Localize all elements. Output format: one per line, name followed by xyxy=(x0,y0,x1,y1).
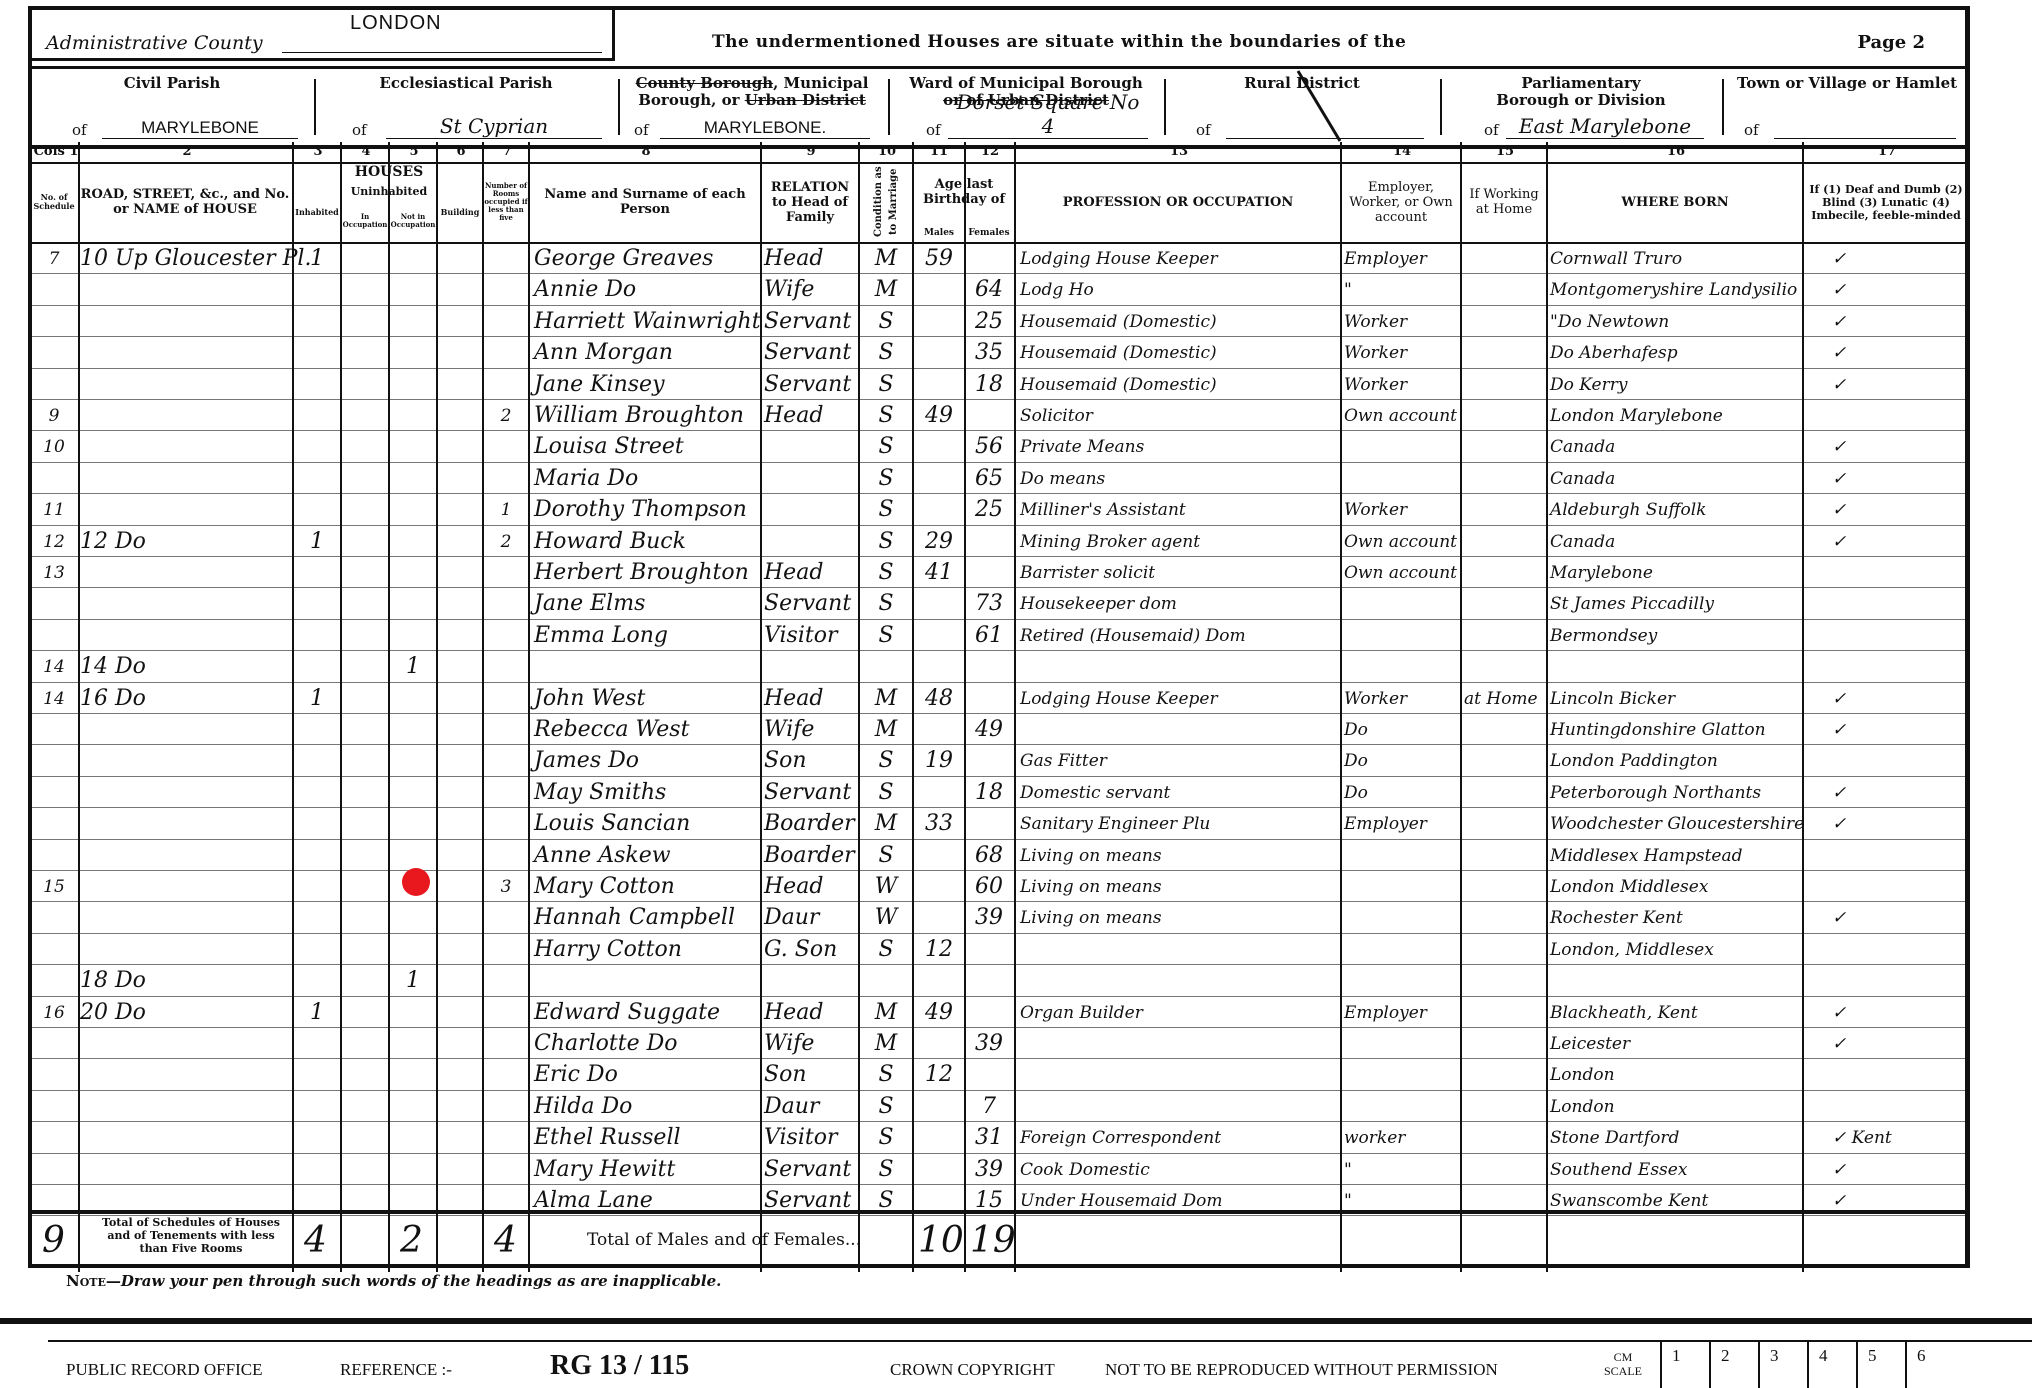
cell-inhabited xyxy=(294,305,340,336)
cell-building xyxy=(438,996,482,1027)
cell-schedule: 9 xyxy=(32,399,76,430)
cell-born: "Do Newtown xyxy=(1550,305,1802,336)
column-numbers: Cols 1234567891011121314151617 xyxy=(32,142,1965,164)
cell-uninh-in xyxy=(342,933,388,964)
cell-occupation: Living on means xyxy=(1020,901,1340,932)
cell-born: Aldeburgh Suffolk xyxy=(1550,493,1802,524)
cell-relation: Daur xyxy=(764,901,858,932)
total-uninhabited: 2 xyxy=(400,1220,423,1261)
cell-building xyxy=(438,807,482,838)
cell-road xyxy=(80,305,292,336)
cell-uninh-not xyxy=(390,1121,436,1152)
cell-col17: ✓ xyxy=(1832,305,1962,336)
cell-col17: ✓ xyxy=(1832,807,1962,838)
cell-uninh-not xyxy=(390,462,436,493)
cell-male-age xyxy=(914,870,964,901)
cell-col17: ✓ xyxy=(1832,901,1962,932)
cell-male-age xyxy=(914,839,964,870)
cell-condition: S xyxy=(860,1058,912,1089)
cell-born: Southend Essex xyxy=(1550,1153,1802,1184)
cell-male-age xyxy=(914,587,964,618)
cell-uninh-in xyxy=(342,368,388,399)
cell-condition: M xyxy=(860,996,912,1027)
cell-female-age: 60 xyxy=(964,870,1014,901)
cell-inhabited xyxy=(294,901,340,932)
cell-uninh-not xyxy=(390,242,436,273)
cell-uninh-not xyxy=(390,996,436,1027)
ward-field: Ward of Municipal Boroughor of Urban Dis… xyxy=(890,69,1162,145)
cell-occupation: Solicitor xyxy=(1020,399,1340,430)
cell-name: Hilda Do xyxy=(534,1090,760,1121)
table-row: Annie DoWifeM64Lodg Ho"Montgomeryshire L… xyxy=(32,273,1965,305)
cell-col17: ✓ xyxy=(1832,1153,1962,1184)
cell-schedule xyxy=(32,1058,76,1089)
cell-condition: M xyxy=(860,273,912,304)
column-number: 16 xyxy=(1548,144,1804,159)
red-dot-marker xyxy=(402,868,430,896)
cell-uninh-in xyxy=(342,587,388,618)
note-prefix: Note xyxy=(66,1272,106,1290)
heading-relation: RELATION to Head of Family xyxy=(762,162,858,242)
cell-rooms xyxy=(484,807,528,838)
cell-road: 10 Up Gloucester Pl. xyxy=(80,242,292,273)
cell-rooms xyxy=(484,964,528,995)
cell-female-age: 31 xyxy=(964,1121,1014,1152)
column-number: 6 xyxy=(438,144,484,159)
cell-schedule xyxy=(32,336,76,367)
cell-at-home xyxy=(1464,305,1546,336)
cell-relation: Head xyxy=(764,399,858,430)
cell-employer xyxy=(1344,870,1460,901)
cell-inhabited xyxy=(294,336,340,367)
cell-employer: Worker xyxy=(1344,368,1460,399)
cell-schedule xyxy=(32,273,76,304)
cell-male-age: 33 xyxy=(914,807,964,838)
cell-male-age xyxy=(914,1090,964,1121)
cell-inhabited xyxy=(294,556,340,587)
cell-female-age xyxy=(964,996,1014,1027)
cell-uninh-not xyxy=(390,619,436,650)
cell-condition: M xyxy=(860,1027,912,1058)
cell-at-home xyxy=(1464,1121,1546,1152)
cell-uninh-in xyxy=(342,242,388,273)
cell-female-age: 25 xyxy=(964,305,1014,336)
cell-inhabited xyxy=(294,933,340,964)
cell-employer: " xyxy=(1344,273,1460,304)
cell-uninh-not xyxy=(390,933,436,964)
cell-relation: Wife xyxy=(764,713,858,744)
cell-female-age: 18 xyxy=(964,776,1014,807)
cell-condition: S xyxy=(860,619,912,650)
heading-males: Males xyxy=(914,224,964,242)
admin-county-box: Administrative County LONDON xyxy=(32,10,615,61)
cell-employer xyxy=(1344,839,1460,870)
cell-employer: Worker xyxy=(1344,305,1460,336)
cell-uninh-not xyxy=(390,399,436,430)
cell-born: Lincoln Bicker xyxy=(1550,682,1802,713)
cell-inhabited xyxy=(294,399,340,430)
cell-employer: Employer xyxy=(1344,996,1460,1027)
cell-schedule: 14 xyxy=(32,650,76,681)
cell-uninh-in xyxy=(342,1090,388,1121)
of-label: of xyxy=(352,121,367,139)
cell-road xyxy=(80,273,292,304)
table-row: Mary HewittServantS39Cook Domestic"South… xyxy=(32,1153,1965,1185)
cell-rooms xyxy=(484,462,528,493)
cell-col17 xyxy=(1832,1090,1962,1121)
of-label: of xyxy=(72,121,87,139)
table-row: 153Mary CottonHeadW60Living on meansLond… xyxy=(32,870,1965,902)
cell-at-home xyxy=(1464,1027,1546,1058)
cell-uninh-in xyxy=(342,996,388,1027)
field-value: East Marylebone xyxy=(1506,114,1704,139)
cell-male-age: 12 xyxy=(914,933,964,964)
cell-rooms xyxy=(484,933,528,964)
cell-at-home xyxy=(1464,807,1546,838)
cell-building xyxy=(438,1153,482,1184)
column-rule xyxy=(760,142,762,1272)
heading-rooms: Number of Rooms occupied if less than fi… xyxy=(484,162,528,242)
cell-female-age xyxy=(964,933,1014,964)
field-value xyxy=(1774,138,1956,139)
cell-condition: S xyxy=(860,1090,912,1121)
cell-occupation: Housemaid (Domestic) xyxy=(1020,305,1340,336)
cell-uninh-in xyxy=(342,713,388,744)
cell-at-home xyxy=(1464,870,1546,901)
cell-relation: Servant xyxy=(764,1153,858,1184)
cell-born: Montgomeryshire Landysilio xyxy=(1550,273,1802,304)
cell-occupation: Lodg Ho xyxy=(1020,273,1340,304)
cell-occupation: Living on means xyxy=(1020,839,1340,870)
table-row: James DoSonS19Gas FitterDoLondon Padding… xyxy=(32,744,1965,776)
cell-employer xyxy=(1344,933,1460,964)
reference-label: REFERENCE :- xyxy=(340,1360,452,1380)
table-row: Ann MorganServantS35Housemaid (Domestic)… xyxy=(32,336,1965,368)
boundaries-banner: The undermentioned Houses are situate wi… xyxy=(712,32,1406,52)
cell-uninh-in xyxy=(342,839,388,870)
column-rule xyxy=(1460,142,1462,1272)
cell-inhabited xyxy=(294,1090,340,1121)
table-row: Hannah CampbellDaurW39Living on meansRoc… xyxy=(32,901,1965,933)
cell-building xyxy=(438,368,482,399)
cell-relation: Daur xyxy=(764,1090,858,1121)
cell-uninh-in xyxy=(342,682,388,713)
cell-female-age: 61 xyxy=(964,619,1014,650)
cell-road xyxy=(80,399,292,430)
cell-employer xyxy=(1344,1090,1460,1121)
field-value: MARYLEBONE. xyxy=(660,118,870,139)
cell-female-age: 35 xyxy=(964,336,1014,367)
column-headings: No. of Schedule ROAD, STREET, &c., and N… xyxy=(32,162,1965,244)
cell-road: 18 Do xyxy=(80,964,292,995)
cell-col17: ✓ xyxy=(1832,525,1962,556)
cell-rooms xyxy=(484,336,528,367)
cell-employer xyxy=(1344,964,1460,995)
admin-county-value: LONDON xyxy=(350,12,442,35)
cell-schedule xyxy=(32,305,76,336)
cell-name xyxy=(534,964,760,995)
cell-rooms xyxy=(484,556,528,587)
cell-road: 14 Do xyxy=(80,650,292,681)
cell-occupation: Living on means xyxy=(1020,870,1340,901)
cell-born: London Middlesex xyxy=(1550,870,1802,901)
cell-born: Woodchester Gloucestershire xyxy=(1550,807,1802,838)
cell-uninh-in xyxy=(342,1153,388,1184)
cell-at-home xyxy=(1464,242,1546,273)
cell-condition: S xyxy=(860,336,912,367)
cell-uninh-not xyxy=(390,273,436,304)
cell-building xyxy=(438,587,482,618)
cell-name: William Broughton xyxy=(534,399,760,430)
cell-female-age: 73 xyxy=(964,587,1014,618)
cell-uninh-not xyxy=(390,368,436,399)
cell-col17: ✓ xyxy=(1832,336,1962,367)
cell-at-home xyxy=(1464,556,1546,587)
cell-relation xyxy=(764,493,858,524)
field-value: MARYLEBONE xyxy=(102,118,298,139)
cell-rooms xyxy=(484,619,528,650)
cell-born: Stone Dartford xyxy=(1550,1121,1802,1152)
cell-building xyxy=(438,493,482,524)
cell-male-age: 41 xyxy=(914,556,964,587)
column-number: 8 xyxy=(530,144,762,159)
cell-schedule xyxy=(32,619,76,650)
cell-uninh-in xyxy=(342,776,388,807)
cell-road: 12 Do xyxy=(80,525,292,556)
column-rule xyxy=(964,142,966,1272)
cell-inhabited xyxy=(294,713,340,744)
heading-infirmity: If (1) Deaf and Dumb (2) Blind (3) Lunat… xyxy=(1804,162,1968,242)
cell-building xyxy=(438,1027,482,1058)
column-rule xyxy=(436,142,438,1272)
cell-at-home xyxy=(1464,964,1546,995)
cell-male-age xyxy=(914,493,964,524)
reproduction-warning: NOT TO BE REPRODUCED WITHOUT PERMISSION xyxy=(1105,1360,1498,1380)
cell-born: London Paddington xyxy=(1550,744,1802,775)
cell-building xyxy=(438,901,482,932)
cell-road xyxy=(80,430,292,461)
cell-inhabited xyxy=(294,776,340,807)
cell-road xyxy=(80,1027,292,1058)
table-row: Harriett WainwrightServantS25Housemaid (… xyxy=(32,305,1965,337)
cell-occupation: Housemaid (Domestic) xyxy=(1020,368,1340,399)
cell-road xyxy=(80,1058,292,1089)
cell-at-home xyxy=(1464,619,1546,650)
cell-female-age xyxy=(964,242,1014,273)
cell-employer: Employer xyxy=(1344,807,1460,838)
cell-female-age xyxy=(964,650,1014,681)
cell-road xyxy=(80,336,292,367)
cell-condition: S xyxy=(860,430,912,461)
column-number: 4 xyxy=(342,144,390,159)
cell-employer: Worker xyxy=(1344,493,1460,524)
cell-relation: Head xyxy=(764,996,858,1027)
table-row: May SmithsServantS18Domestic servantDoPe… xyxy=(32,776,1965,808)
cell-building xyxy=(438,933,482,964)
cell-name: Mary Cotton xyxy=(534,870,760,901)
of-label: of xyxy=(1484,121,1499,139)
cell-schedule: 11 xyxy=(32,493,76,524)
page-number: Page 2 xyxy=(1857,32,1925,53)
cell-col17: ✓ xyxy=(1832,682,1962,713)
cell-road xyxy=(80,368,292,399)
cell-at-home xyxy=(1464,587,1546,618)
cell-building xyxy=(438,713,482,744)
cell-uninh-in xyxy=(342,399,388,430)
cell-male-age xyxy=(914,713,964,744)
heading-at-home: If Working at Home xyxy=(1462,162,1546,242)
cell-uninh-not xyxy=(390,682,436,713)
column-rule xyxy=(912,142,914,1272)
cell-name: Emma Long xyxy=(534,619,760,650)
admin-county-underline xyxy=(282,52,602,53)
cell-condition: S xyxy=(860,1153,912,1184)
cell-rooms xyxy=(484,839,528,870)
cell-schedule xyxy=(32,1027,76,1058)
cell-male-age: 49 xyxy=(914,996,964,1027)
strike-mark-icon xyxy=(1292,69,1352,145)
table-row: 1620 Do1Edward SuggateHeadM49Organ Build… xyxy=(32,996,1965,1028)
cell-uninh-not xyxy=(390,336,436,367)
cell-rooms xyxy=(484,305,528,336)
total-inhabited: 4 xyxy=(304,1220,327,1261)
cell-inhabited xyxy=(294,870,340,901)
cell-relation xyxy=(764,462,858,493)
cell-schedule xyxy=(32,587,76,618)
cell-at-home xyxy=(1464,493,1546,524)
cell-uninh-not xyxy=(390,1027,436,1058)
cell-col17 xyxy=(1832,619,1962,650)
cell-occupation: Barrister solicit xyxy=(1020,556,1340,587)
census-sheet: Administrative County LONDON The underme… xyxy=(28,6,1970,1268)
cell-rooms xyxy=(484,430,528,461)
cell-occupation xyxy=(1020,1090,1340,1121)
cm-scale: 123456 xyxy=(1660,1340,1954,1388)
cell-schedule: 10 xyxy=(32,430,76,461)
cell-col17 xyxy=(1832,744,1962,775)
cell-col17 xyxy=(1832,839,1962,870)
crown-copyright: CROWN COPYRIGHT xyxy=(890,1360,1055,1380)
cell-employer xyxy=(1344,1027,1460,1058)
cell-male-age xyxy=(914,273,964,304)
cell-building xyxy=(438,1090,482,1121)
table-row: Jane KinseyServantS18Housemaid (Domestic… xyxy=(32,368,1965,400)
cell-at-home: at Home xyxy=(1464,682,1546,713)
column-number: 13 xyxy=(1016,144,1342,159)
cell-at-home xyxy=(1464,368,1546,399)
record-office: PUBLIC RECORD OFFICE xyxy=(66,1360,262,1380)
column-number: 9 xyxy=(762,144,860,159)
cell-relation xyxy=(764,430,858,461)
cell-condition: M xyxy=(860,713,912,744)
table-row: Rebecca WestWifeM49DoHuntingdonshire Gla… xyxy=(32,713,1965,745)
cell-inhabited: 1 xyxy=(294,525,340,556)
cell-male-age: 48 xyxy=(914,682,964,713)
table-row: 13Herbert BroughtonHeadS41Barrister soli… xyxy=(32,556,1965,588)
cell-at-home xyxy=(1464,1153,1546,1184)
cell-relation: Head xyxy=(764,556,858,587)
cell-occupation: Gas Fitter xyxy=(1020,744,1340,775)
cell-condition: M xyxy=(860,242,912,273)
cell-col17: ✓ xyxy=(1832,493,1962,524)
total-schedules: 9 xyxy=(42,1220,65,1261)
table-row: Maria DoS65Do meansCanada✓ xyxy=(32,462,1965,494)
cell-rooms xyxy=(484,682,528,713)
cell-rooms xyxy=(484,1058,528,1089)
cell-born: London xyxy=(1550,1090,1802,1121)
cell-schedule xyxy=(32,368,76,399)
cell-building xyxy=(438,776,482,807)
cell-condition: S xyxy=(860,933,912,964)
cell-col17: ✓ xyxy=(1832,242,1962,273)
cell-employer: Own account xyxy=(1344,525,1460,556)
cell-building xyxy=(438,682,482,713)
cell-female-age xyxy=(964,556,1014,587)
heading-females: Females xyxy=(964,224,1014,242)
cell-female-age: 64 xyxy=(964,273,1014,304)
cell-rooms: 2 xyxy=(484,399,528,430)
cell-female-age xyxy=(964,525,1014,556)
cell-name: Maria Do xyxy=(534,462,760,493)
cell-male-age xyxy=(914,1153,964,1184)
cell-male-age xyxy=(914,430,964,461)
cell-name: May Smiths xyxy=(534,776,760,807)
column-rule xyxy=(482,142,484,1272)
cell-rooms: 1 xyxy=(484,493,528,524)
cell-road xyxy=(80,619,292,650)
cell-female-age xyxy=(964,807,1014,838)
cell-rooms xyxy=(484,1090,528,1121)
cell-relation xyxy=(764,650,858,681)
cell-name: George Greaves xyxy=(534,242,760,273)
cell-born: London xyxy=(1550,1058,1802,1089)
cell-at-home xyxy=(1464,336,1546,367)
table-row: 18 Do1 xyxy=(32,964,1965,996)
column-number: 7 xyxy=(484,144,530,159)
cell-male-age: 19 xyxy=(914,744,964,775)
cell-employer: Own account xyxy=(1344,399,1460,430)
cell-male-age xyxy=(914,901,964,932)
cell-occupation: Organ Builder xyxy=(1020,996,1340,1027)
cell-born: Middlesex Hampstead xyxy=(1550,839,1802,870)
cell-rooms xyxy=(484,776,528,807)
cell-occupation: Private Means xyxy=(1020,430,1340,461)
cell-inhabited xyxy=(294,1121,340,1152)
cell-schedule xyxy=(32,462,76,493)
cell-col17: ✓ xyxy=(1832,996,1962,1027)
table-row: Jane ElmsServantS73Housekeeper domSt Jam… xyxy=(32,587,1965,619)
cell-col17 xyxy=(1832,1058,1962,1089)
cell-occupation: Domestic servant xyxy=(1020,776,1340,807)
table-row: Louis SancianBoarderM33Sanitary Engineer… xyxy=(32,807,1965,839)
cell-uninh-in xyxy=(342,870,388,901)
cell-road xyxy=(80,839,292,870)
of-label: of xyxy=(926,121,941,139)
cell-col17: ✓ xyxy=(1832,273,1962,304)
cell-male-age xyxy=(914,619,964,650)
cell-building xyxy=(438,430,482,461)
cell-employer xyxy=(1344,650,1460,681)
cell-schedule xyxy=(32,1153,76,1184)
cell-uninh-in xyxy=(342,807,388,838)
cell-rooms xyxy=(484,996,528,1027)
cell-rooms xyxy=(484,1027,528,1058)
cell-col17 xyxy=(1832,587,1962,618)
cell-name: Ethel Russell xyxy=(534,1121,760,1152)
cell-occupation: Milliner's Assistant xyxy=(1020,493,1340,524)
cell-name: Louis Sancian xyxy=(534,807,760,838)
cell-male-age: 12 xyxy=(914,1058,964,1089)
